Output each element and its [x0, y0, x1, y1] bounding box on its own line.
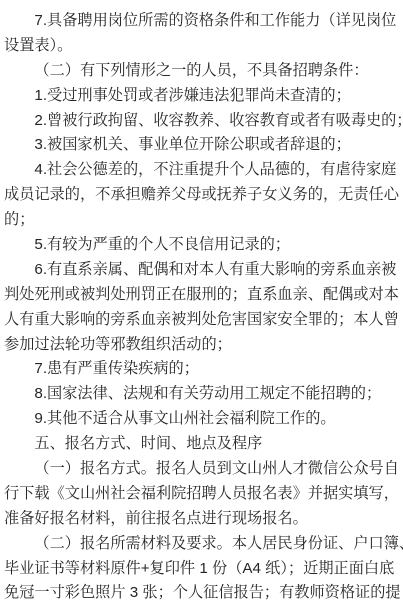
text-line: 9.其他不适合从事文山州社会福利院工作的。: [4, 407, 400, 432]
text-line: 设置表）。: [4, 34, 400, 59]
text-line: 免冠一寸彩色照片 3 张；个人征信报告；有教师资格证的提: [4, 581, 400, 606]
text-line: 行下载《文山州社会福利院招聘人员报名表》并据实填写，: [4, 482, 400, 507]
text-line: 3.被国家机关、事业单位开除公职或者辞退的；: [4, 133, 400, 158]
text-line: 8.国家法律、法规和有关劳动用工规定不能招聘的；: [4, 382, 400, 407]
text-line: 判处死刑或被判处刑罚正在服刑的；直系血亲、配偶或对本: [4, 283, 400, 308]
section-heading: 五、报名方式、时间、地点及程序: [4, 432, 400, 457]
document-page: 7.具备聘用岗位所需的资格条件和工作能力（详见岗位 设置表）。 （二）有下列情形…: [0, 0, 403, 615]
text-line: 成员记录的，不承担赡养父母或抚养子女义务的，无责任心: [4, 183, 400, 208]
text-line: 准备好报名材料，前往报名点进行现场报名。: [4, 507, 400, 532]
text-line: 人有重大影响的旁系血亲被判处危害国家安全罪的；本人曾: [4, 308, 400, 333]
text-line: 毕业证书等材料原件+复印件 1 份（A4 纸）；近期正面白底: [4, 557, 400, 582]
text-line: 1.受过刑事处罚或者涉嫌违法犯罪尚未查清的；: [4, 84, 400, 109]
text-line: （二）有下列情形之一的人员，不具备招聘条件：: [4, 59, 400, 84]
text-line: 7.患有严重传染疾病的；: [4, 357, 400, 382]
text-line: 5.有较为严重的个人不良信用记录的；: [4, 233, 400, 258]
text-line: 6.有直系亲属、配偶和对本人有重大影响的旁系血亲被: [4, 258, 400, 283]
text-line: 2.曾被行政拘留、收容教养、收容教育或者有吸毒史的；: [4, 109, 400, 134]
text-line: 4.社会公德差的，不注重提升个人品德的，有虐待家庭: [4, 158, 400, 183]
text-line: 7.具备聘用岗位所需的资格条件和工作能力（详见岗位: [4, 9, 400, 34]
text-line: （二）报名所需材料及要求。本人居民身份证、户口簿、: [4, 532, 400, 557]
text-line: 的；: [4, 208, 400, 233]
text-line: 参加过法轮功等邪教组织活动的；: [4, 333, 400, 358]
text-line: （一）报名方式。报名人员到文山州人才微信公众号自: [4, 457, 400, 482]
